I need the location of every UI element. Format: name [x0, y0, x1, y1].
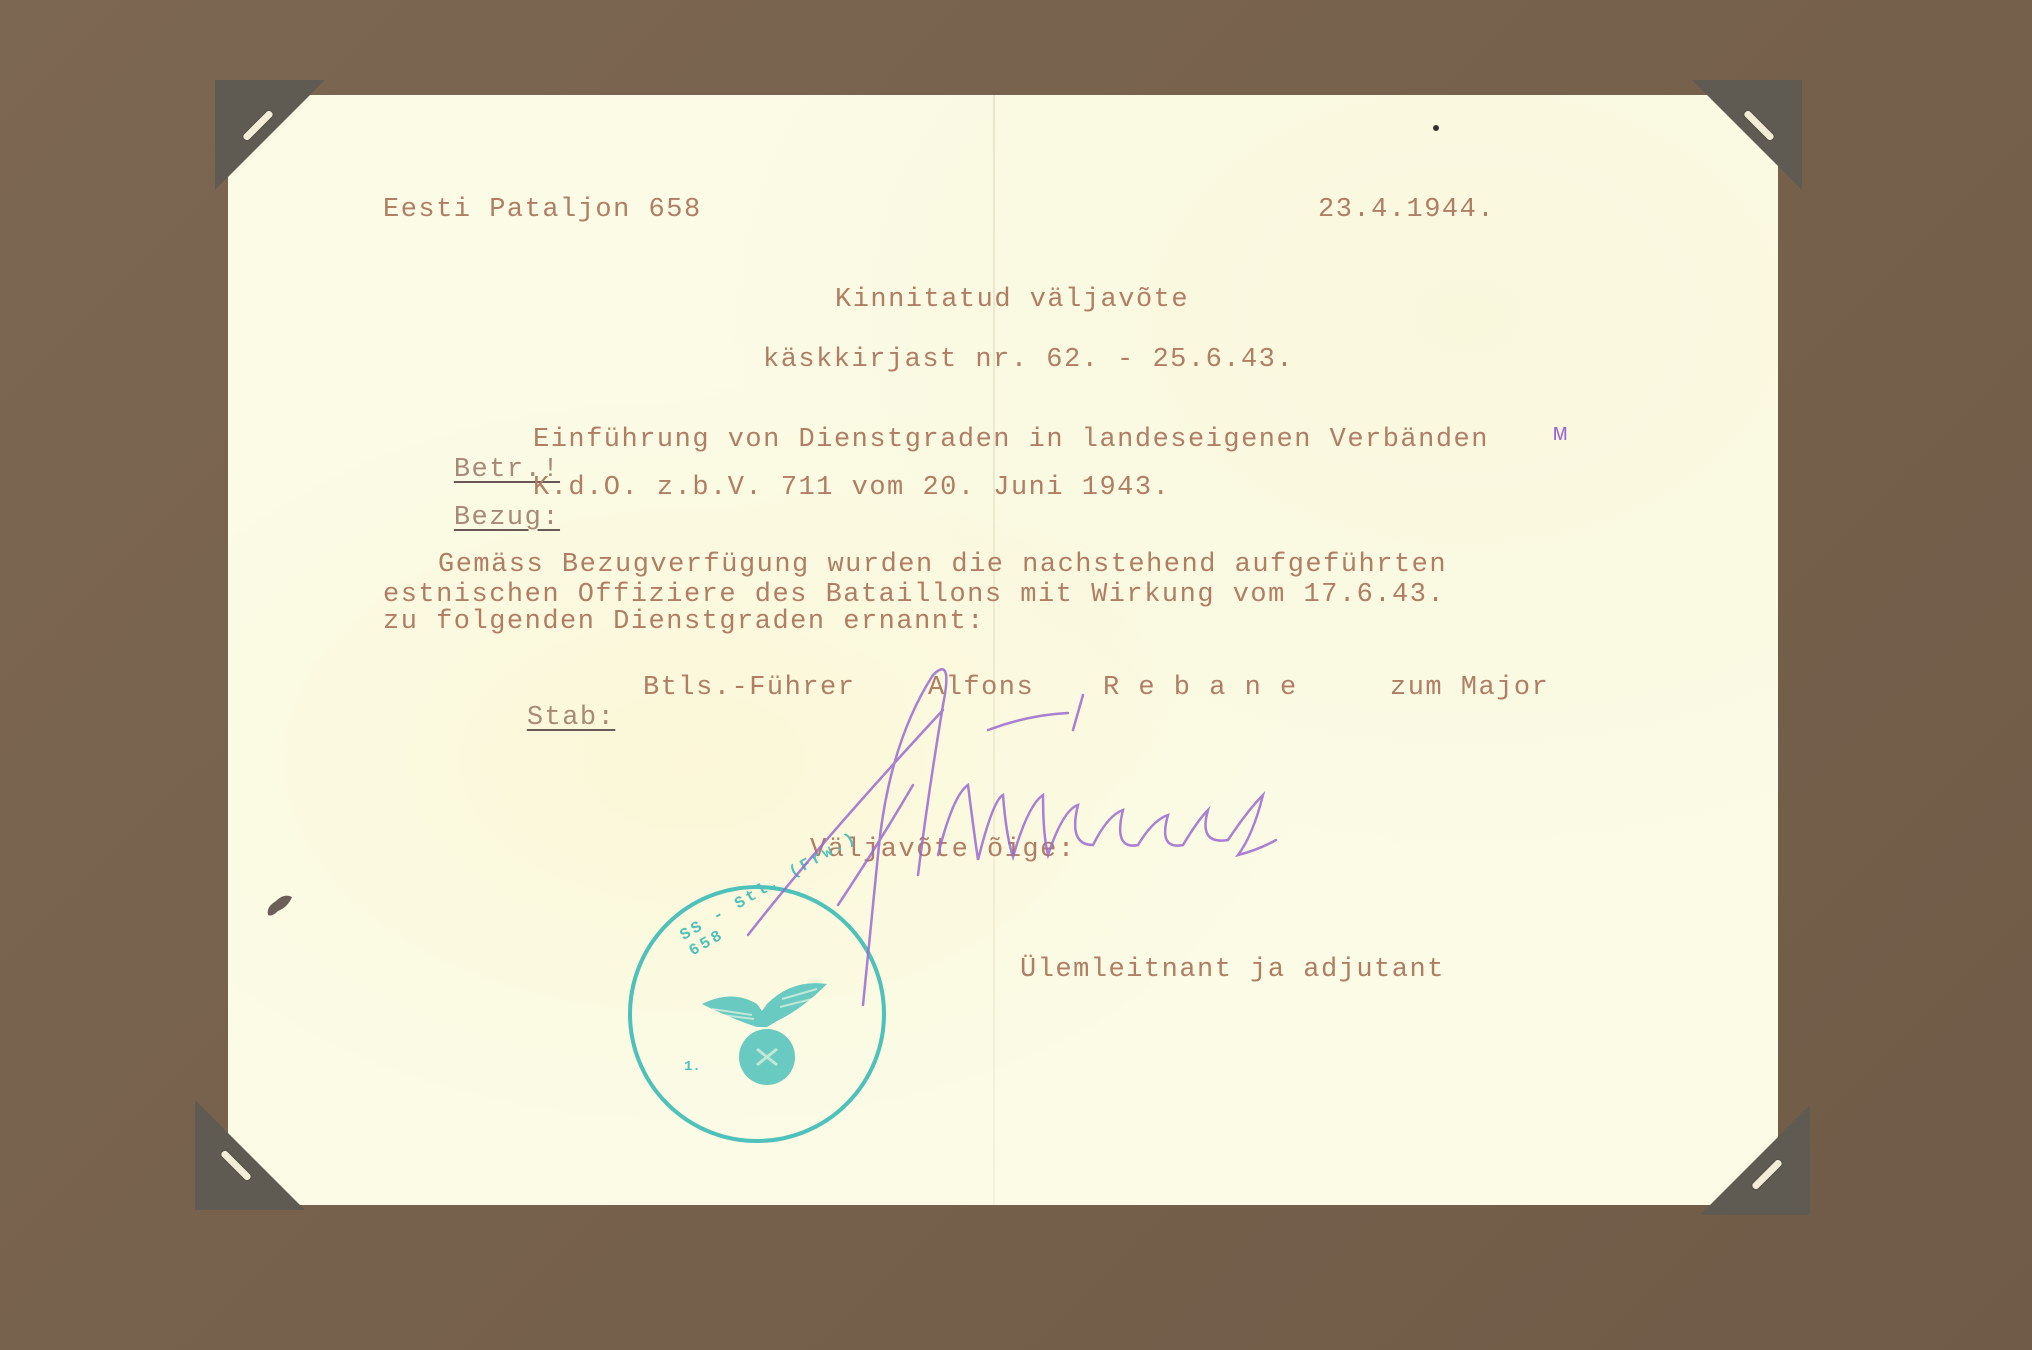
stab-label: Stab: — [527, 703, 616, 733]
paper-speck — [1433, 125, 1439, 131]
bezug-text: K.d.O. z.b.V. 711 vom 20. Juni 1943. — [533, 473, 1170, 503]
title-line-1: Kinnitatud väljavõte — [835, 285, 1189, 315]
signature — [728, 595, 1288, 1015]
document-sheet: Eesti Pataljon 658 23.4.1944. Kinnitatud… — [228, 95, 1778, 1205]
ink-blot — [258, 885, 298, 925]
unit-name: Eesti Pataljon 658 — [383, 195, 702, 225]
title-line-2: käskkirjast nr. 62. - 25.6.43. — [763, 345, 1294, 375]
betr-text: Einführung von Dienstgraden in landeseig… — [533, 425, 1489, 455]
document-date: 23.4.1944. — [1318, 195, 1495, 225]
body-line-1: Gemäss Bezugverfügung wurden die nachste… — [438, 550, 1447, 580]
handwritten-correction: м — [1553, 421, 1569, 448]
stamp-mark: 1. — [684, 1059, 701, 1075]
bezug-label: Bezug: — [454, 503, 560, 533]
stab-promotion: zum Major — [1390, 673, 1549, 703]
